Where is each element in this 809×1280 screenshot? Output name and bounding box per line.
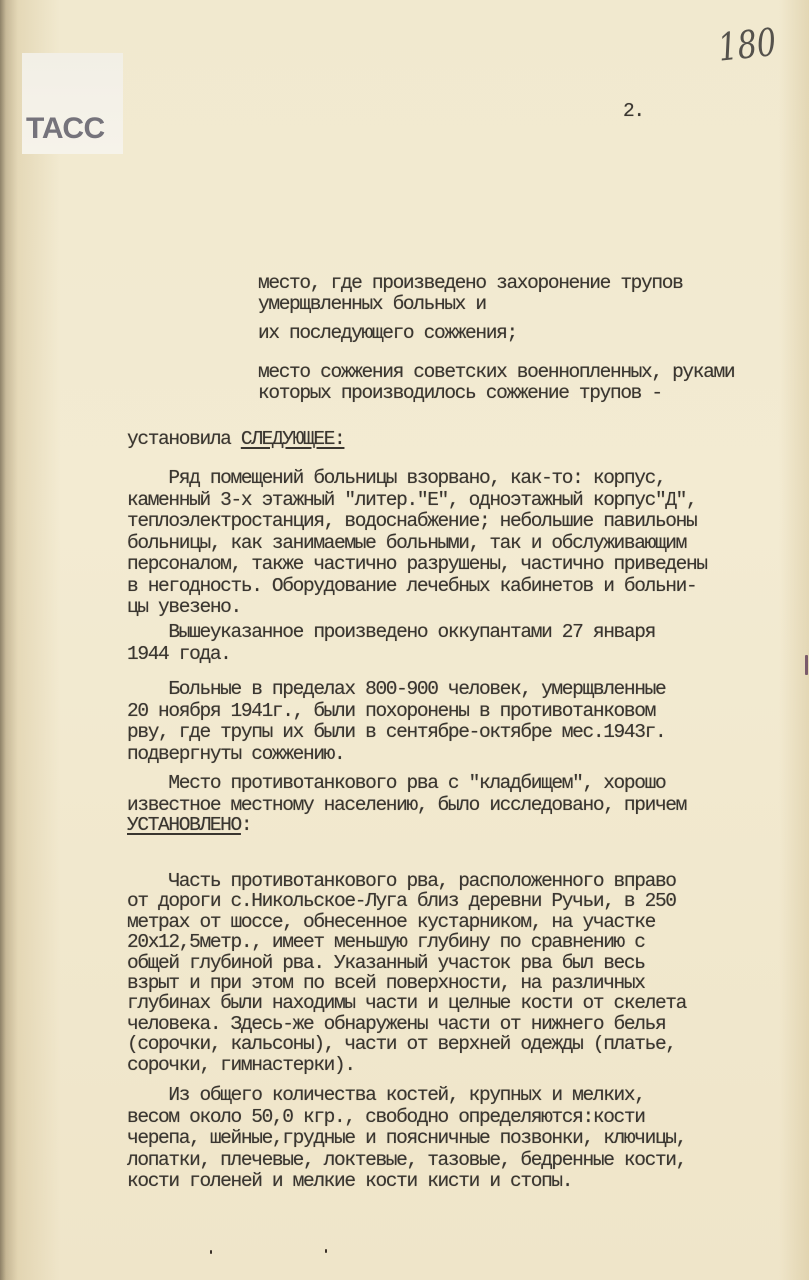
text-line: Вышеуказанное произведено оккупантами 27… bbox=[127, 621, 655, 644]
text-line: в негодность. Оборудование лечебных каби… bbox=[127, 575, 696, 598]
ink-speck bbox=[325, 1249, 327, 1253]
text-line: (сорочки, кальсоны), части от верхней од… bbox=[127, 1033, 676, 1056]
tass-logo: ТАСС bbox=[26, 112, 105, 146]
established-emphasis: СЛЕДУЮЩЕЕ: bbox=[241, 428, 345, 450]
text-line: 20 ноября 1941г., были похоронены в прот… bbox=[127, 700, 655, 723]
colon: : bbox=[241, 814, 251, 836]
text-line: больницы, как занимаемые больными, так и… bbox=[127, 532, 686, 555]
intro-item-line: место, где произведено захоронение трупо… bbox=[258, 272, 682, 295]
established-emphasis-2: УСТАНОВЛЕНО bbox=[127, 814, 241, 836]
text-line: метрах от шоссе, обнесенное кустарником,… bbox=[127, 911, 655, 934]
text-line: 1944 года. bbox=[127, 643, 231, 666]
text-line: рву, где трупы их были в сентябре-октябр… bbox=[127, 721, 665, 744]
text-line: Часть противотанкового рва, расположенно… bbox=[127, 870, 676, 893]
established-heading: установила СЛЕДУЮЩЕЕ: bbox=[127, 428, 344, 451]
page-number: 2. bbox=[623, 100, 644, 123]
text-line: человека. Здесь-же обнаружены части от н… bbox=[127, 1013, 665, 1036]
text-line: от дороги с.Никольское-Луга близ деревни… bbox=[127, 890, 676, 913]
text-line: сорочки, гимнастерки). bbox=[127, 1054, 355, 1077]
intro-item-line: умерщвленных больных и bbox=[258, 293, 486, 316]
text-line: Ряд помещений больницы взорвано, как-то:… bbox=[127, 467, 665, 490]
text-line: лопатки, плечевые, локтевые, тазовые, бе… bbox=[127, 1149, 686, 1172]
archive-page-number: 180 bbox=[716, 20, 778, 70]
text-line: цы увезено. bbox=[127, 596, 241, 619]
intro-item-line: место сожжения советских военнопленных, … bbox=[258, 361, 734, 384]
intro-item-line: которых производилось сожжение трупов - bbox=[258, 382, 662, 405]
text-line: 20х12,5метр., имеет меньшую глубину по с… bbox=[127, 931, 645, 954]
text-line: взрыт и при этом по всей поверхности, на… bbox=[127, 972, 645, 995]
text-line: весом около 50,0 кгр., свободно определя… bbox=[127, 1106, 645, 1129]
text-line: глубинах были находимы части и целные ко… bbox=[127, 992, 686, 1015]
text-line: каменный 3-х этажный "литер."Е", одноэта… bbox=[127, 489, 696, 512]
text-line: известное местному населению, было иссле… bbox=[127, 794, 686, 817]
text-line: черепа, шейные,грудные и поясничные позв… bbox=[127, 1127, 686, 1150]
text-line: общей глубиной рва. Указанный участок рв… bbox=[127, 952, 645, 975]
text-line: кости голеней и мелкие кости кисти и сто… bbox=[127, 1170, 572, 1193]
edge-mark bbox=[805, 655, 808, 675]
text-line: персоналом, также частично разрушены, ча… bbox=[127, 553, 707, 576]
text-line: Из общего количества костей, крупных и м… bbox=[127, 1084, 645, 1107]
ink-speck bbox=[210, 1250, 212, 1254]
text-line: подвергнуты сожжению. bbox=[127, 743, 344, 766]
text-line: теплоэлектростанция, водоснабжение; небо… bbox=[127, 510, 696, 533]
text-line: Место противотанкового рва с "кладбищем"… bbox=[127, 772, 665, 795]
paragraph-4-conclusion: УСТАНОВЛЕНО: bbox=[127, 814, 251, 837]
text-line: Больные в пределах 800-900 человек, умер… bbox=[127, 678, 665, 701]
established-prefix: установила bbox=[127, 428, 241, 450]
intro-item-line: их последующего сожжения; bbox=[258, 322, 517, 345]
